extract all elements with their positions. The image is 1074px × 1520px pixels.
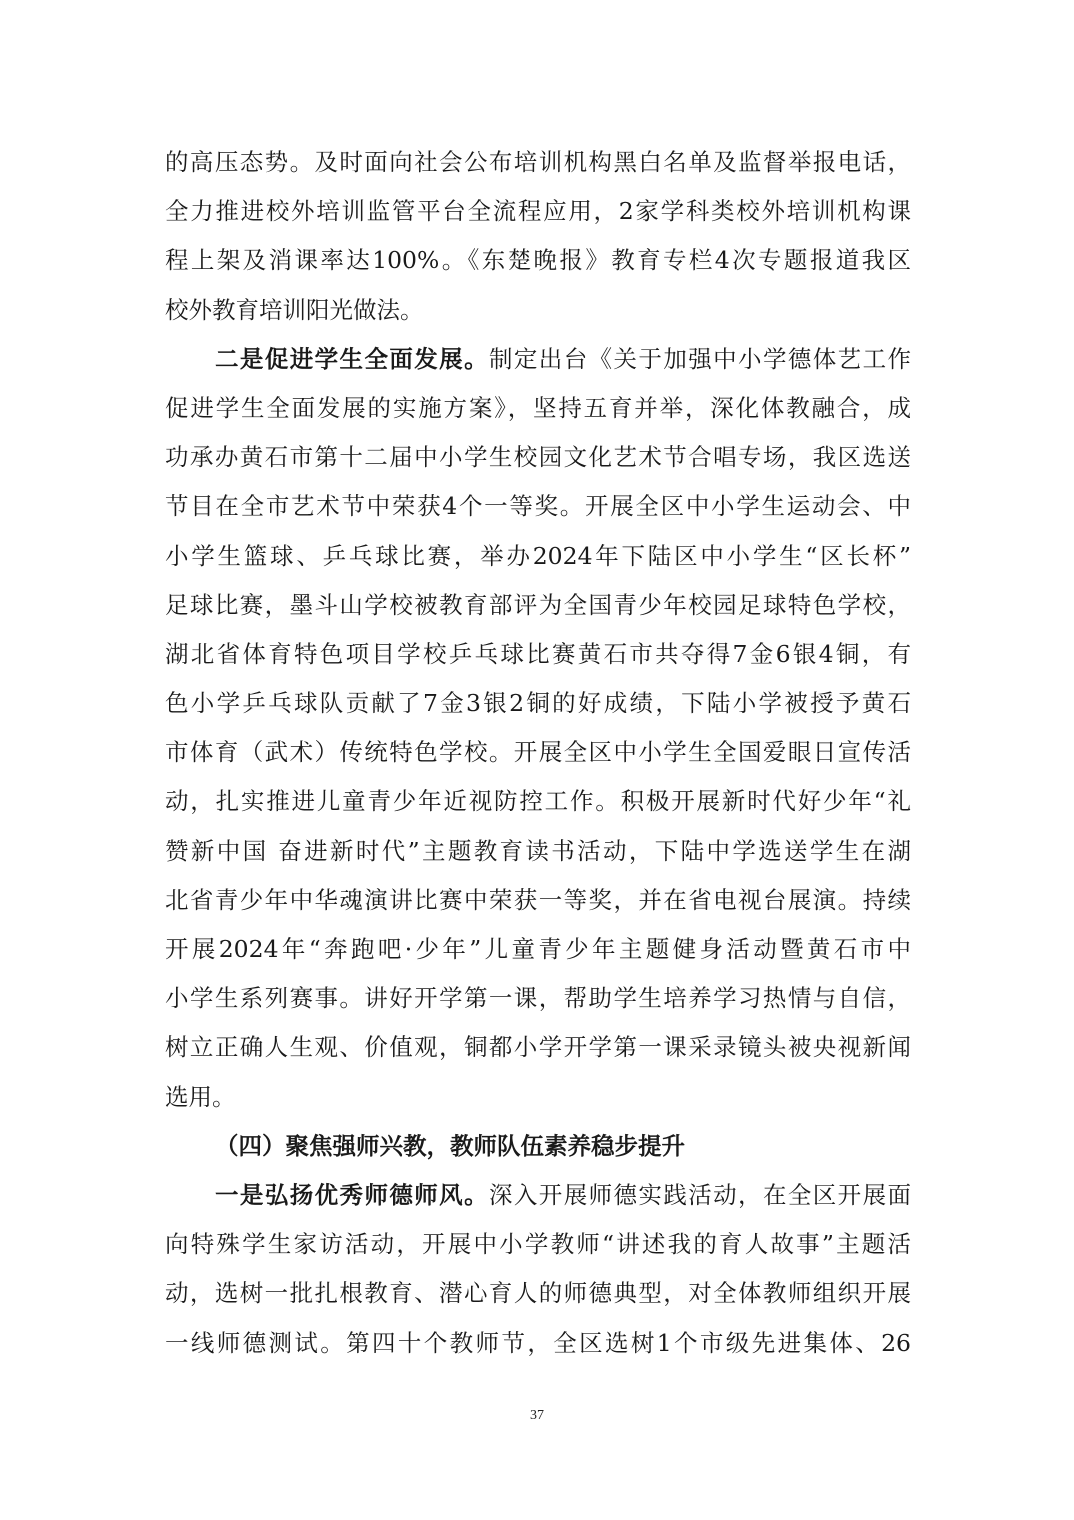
line-text: 的高压态势。及时面向社会公布培训机构黑白名单及监督举报电话，: [165, 148, 911, 176]
text-line: 开展2024年“奔跑吧·少年”儿童青少年主题健身活动暨黄石市中: [165, 925, 911, 974]
line-text: 动，扎实推进儿童青少年近视防控工作。积极开展新时代好少年“礼: [165, 787, 911, 815]
text-line: 小学生系列赛事。讲好开学第一课，帮助学生培养学习热情与自信，: [165, 974, 911, 1023]
line-text: 一线师德测试。第四十个教师节，全区选树1个市级先进集体、26: [165, 1329, 911, 1357]
line-text: 赞新中国 奋进新时代”主题教育读书活动，下陆中学选送学生在湖: [165, 837, 911, 865]
text-line: 动，选树一批扎根教育、潜心育人的师德典型，对全体教师组织开展: [165, 1269, 911, 1318]
line-text: 湖北省体育特色项目学校乒乓球比赛黄石市共夺得7金6银4铜，有: [165, 640, 911, 668]
line-text: 选用。: [165, 1083, 236, 1111]
text-line: 功承办黄石市第十二届中小学生校园文化艺术节合唱专场，我区选送: [165, 433, 911, 482]
text-line: 节目在全市艺术节中荣获4个一等奖。开展全区中小学生运动会、中: [165, 482, 911, 531]
line-text: 色小学乒乓球队贡献了7金3银2铜的好成绩，下陆小学被授予黄石: [165, 689, 911, 717]
text-line: 全力推进校外培训监管平台全流程应用，2家学科类校外培训机构课: [165, 187, 911, 236]
line-text: 全力推进校外培训监管平台全流程应用，2家学科类校外培训机构课: [165, 197, 911, 225]
line-text: 功承办黄石市第十二届中小学生校园文化艺术节合唱专场，我区选送: [165, 443, 911, 471]
section-heading-text: （四）聚焦强师兴教，教师队伍素养稳步提升: [215, 1132, 685, 1160]
line-text: 节目在全市艺术节中荣获4个一等奖。开展全区中小学生运动会、中: [165, 492, 911, 520]
text-line: 市体育（武术）传统特色学校。开展全区中小学生全国爱眼日宣传活: [165, 728, 911, 777]
line-text: 开展2024年“奔跑吧·少年”儿童青少年主题健身活动暨黄石市中: [165, 935, 911, 963]
line-text: 校外教育培训阳光做法。: [165, 296, 424, 324]
line-text: 小学生篮球、乒乓球比赛，举办2024年下陆区中小学生“区长杯”: [165, 542, 911, 570]
text-line: 足球比赛，墨斗山学校被教育部评为全国青少年校园足球特色学校，: [165, 581, 911, 630]
text-line: 北省青少年中华魂演讲比赛中荣获一等奖，并在省电视台展演。持续: [165, 876, 911, 925]
text-line: 赞新中国 奋进新时代”主题教育读书活动，下陆中学选送学生在湖: [165, 827, 911, 876]
paragraph-lead: 一是弘扬优秀师德师风。: [215, 1181, 489, 1209]
line-text: 促进学生全面发展的实施方案》，坚持五育并举，深化体教融合，成: [165, 394, 911, 422]
line-text: 小学生系列赛事。讲好开学第一课，帮助学生培养学习热情与自信，: [165, 984, 911, 1012]
text-line: 向特殊学生家访活动，开展中小学教师“讲述我的育人故事”主题活: [165, 1220, 911, 1269]
paragraph-start-line: 二是促进学生全面发展。制定出台《关于加强中小学德体艺工作: [165, 335, 911, 384]
line-text: 向特殊学生家访活动，开展中小学教师“讲述我的育人故事”主题活: [165, 1230, 911, 1258]
line-text: 树立正确人生观、价值观，铜都小学开学第一课采录镜头被央视新闻: [165, 1033, 911, 1061]
text-line: 湖北省体育特色项目学校乒乓球比赛黄石市共夺得7金6银4铜，有: [165, 630, 911, 679]
line-text: 制定出台《关于加强中小学德体艺工作: [489, 345, 911, 373]
text-line: 校外教育培训阳光做法。: [165, 286, 911, 335]
text-line: 程上架及消课率达100%。《东楚晚报》教育专栏4次专题报道我区: [165, 236, 911, 285]
text-line: 的高压态势。及时面向社会公布培训机构黑白名单及监督举报电话，: [165, 138, 911, 187]
line-text: 北省青少年中华魂演讲比赛中荣获一等奖，并在省电视台展演。持续: [165, 886, 911, 914]
page-number: 37: [0, 1408, 1074, 1424]
line-text: 动，选树一批扎根教育、潜心育人的师德典型，对全体教师组织开展: [165, 1279, 911, 1307]
line-text: 市体育（武术）传统特色学校。开展全区中小学生全国爱眼日宣传活: [165, 738, 911, 766]
section-heading: （四）聚焦强师兴教，教师队伍素养稳步提升: [165, 1122, 911, 1171]
paragraph-start-line: 一是弘扬优秀师德师风。深入开展师德实践活动，在全区开展面: [165, 1171, 911, 1220]
text-line: 促进学生全面发展的实施方案》，坚持五育并举，深化体教融合，成: [165, 384, 911, 433]
text-line: 动，扎实推进儿童青少年近视防控工作。积极开展新时代好少年“礼: [165, 777, 911, 826]
line-text: 深入开展师德实践活动，在全区开展面: [489, 1181, 911, 1209]
paragraph-lead: 二是促进学生全面发展。: [215, 345, 489, 373]
line-text: 足球比赛，墨斗山学校被教育部评为全国青少年校园足球特色学校，: [165, 591, 911, 619]
document-page: 的高压态势。及时面向社会公布培训机构黑白名单及监督举报电话， 全力推进校外培训监…: [0, 0, 1074, 1520]
text-line: 色小学乒乓球队贡献了7金3银2铜的好成绩，下陆小学被授予黄石: [165, 679, 911, 728]
text-line: 小学生篮球、乒乓球比赛，举办2024年下陆区中小学生“区长杯”: [165, 532, 911, 581]
text-line: 一线师德测试。第四十个教师节，全区选树1个市级先进集体、26: [165, 1319, 911, 1368]
body-text: 的高压态势。及时面向社会公布培训机构黑白名单及监督举报电话， 全力推进校外培训监…: [165, 138, 911, 1368]
text-line: 选用。: [165, 1073, 911, 1122]
text-line: 树立正确人生观、价值观，铜都小学开学第一课采录镜头被央视新闻: [165, 1023, 911, 1072]
line-text: 程上架及消课率达100%。《东楚晚报》教育专栏4次专题报道我区: [165, 246, 911, 274]
